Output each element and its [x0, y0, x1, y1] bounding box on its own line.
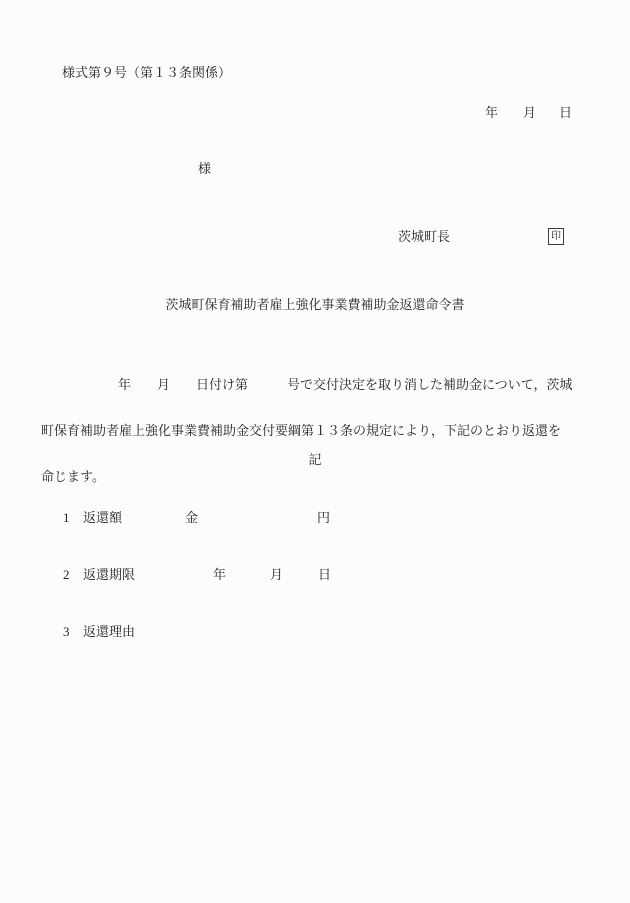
body-paragraph: 年 月 日付け第 号で交付決定を取り消した補助金について，茨城 町保育補助者雇上… [41, 349, 589, 513]
form-number: 様式第９号（第１３条関係） [62, 66, 231, 79]
body-line-2: 町保育補助者雇上強化事業費補助金交付要綱第１３条の規定により，下記のとおり返還を [41, 421, 589, 441]
item-3-number: 3 [63, 625, 70, 638]
seal-character: 印 [551, 232, 561, 242]
body-line-1: 年 月 日付け第 号で交付決定を取り消した補助金について，茨城 [41, 375, 589, 395]
deadline-month-label: 月 [270, 568, 283, 581]
amount-unit-label: 円 [317, 511, 330, 524]
document-title: 茨城町保育補助者雇上強化事業費補助金返還命令書 [0, 298, 630, 311]
deadline-year-label: 年 [213, 568, 226, 581]
official-seal-icon: 印 [548, 228, 564, 245]
return-reason-label: 返還理由 [83, 625, 135, 638]
record-marker: 記 [0, 453, 630, 466]
amount-prefix-label: 金 [185, 511, 198, 524]
issue-date-year-label: 年 [485, 106, 498, 119]
issue-date-day-label: 日 [559, 106, 572, 119]
item-1-number: 1 [63, 511, 70, 524]
return-amount-label: 返還額 [83, 511, 122, 524]
return-deadline-label: 返還期限 [83, 568, 135, 581]
document-page: 様式第９号（第１３条関係） 年 月 日 様 茨城町長 印 茨城町保育補助者雇上強… [0, 0, 630, 903]
deadline-day-label: 日 [318, 568, 331, 581]
issue-date-month-label: 月 [523, 106, 536, 119]
body-line-3: 命じます。 [41, 467, 589, 487]
item-2-number: 2 [63, 568, 70, 581]
sender-title: 茨城町長 [398, 230, 450, 243]
addressee-honorific: 様 [198, 162, 211, 175]
